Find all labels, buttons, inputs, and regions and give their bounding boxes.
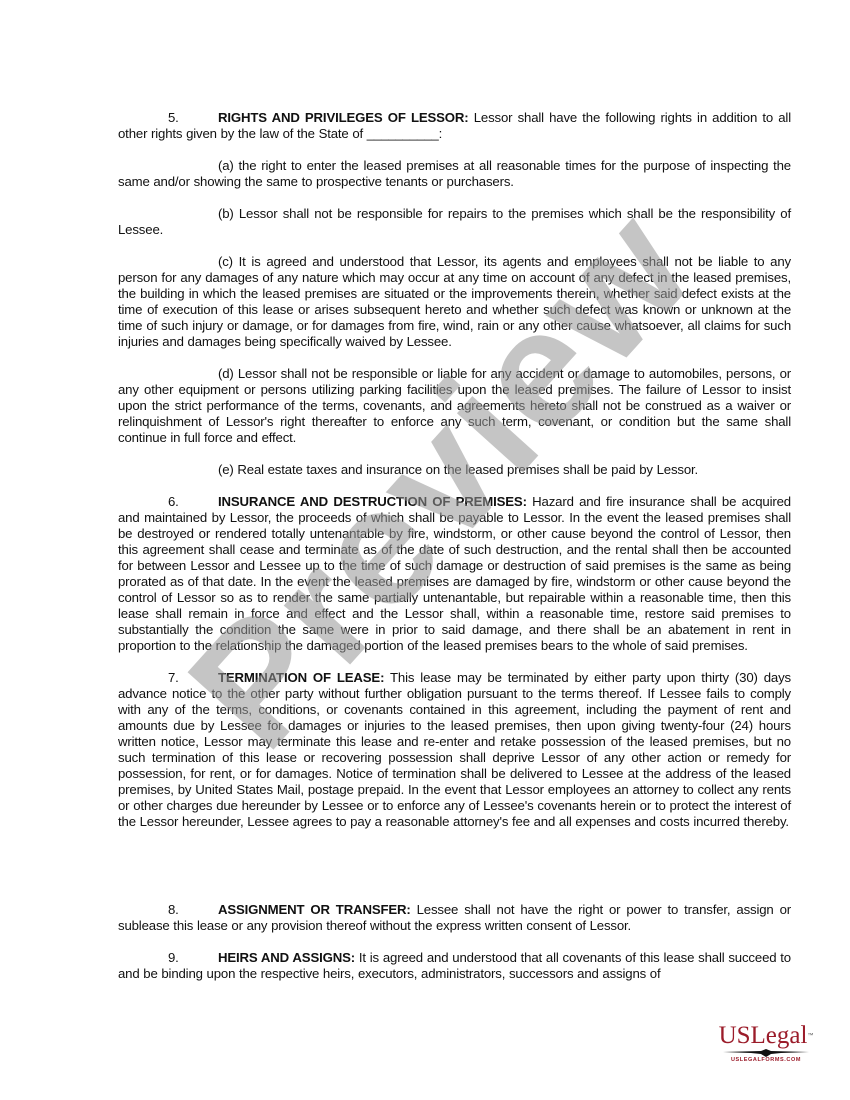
section-6: 6.INSURANCE AND DESTRUCTION OF PREMISES:… — [118, 494, 791, 654]
trademark-symbol: ™ — [807, 1033, 813, 1039]
subparagraph-b: (b) Lessor shall not be responsible for … — [118, 206, 791, 238]
section-heading: HEIRS AND ASSIGNS: — [218, 950, 355, 965]
section-8: 8.ASSIGNMENT OR TRANSFER: Lessee shall n… — [118, 902, 791, 934]
section-number: 6. — [168, 494, 218, 510]
eagle-wings-icon — [721, 1049, 811, 1057]
section-heading: TERMINATION OF LEASE: — [218, 670, 384, 685]
logo-brand-text: USLegal — [719, 1022, 808, 1049]
section-heading: RIGHTS AND PRIVILEGES OF LESSOR: — [218, 110, 469, 125]
uslegal-logo: USLegal™ USLEGALFORMS.COM — [706, 1024, 826, 1068]
section-number: 5. — [168, 110, 218, 126]
section-7: 7.TERMINATION OF LEASE: This lease may b… — [118, 670, 791, 830]
section-text: Hazard and fire insurance shall be acqui… — [118, 494, 791, 653]
logo-url: USLEGALFORMS.COM — [706, 1057, 826, 1064]
section-text: This lease may be terminated by either p… — [118, 670, 791, 829]
subparagraph-a: (a) the right to enter the leased premis… — [118, 158, 791, 190]
section-number: 9. — [168, 950, 218, 966]
vertical-spacer — [118, 846, 791, 902]
logo-brand: USLegal™ — [706, 1024, 826, 1048]
document-body: 5.RIGHTS AND PRIVILEGES OF LESSOR: Lesso… — [118, 110, 791, 998]
section-9: 9.HEIRS AND ASSIGNS: It is agreed and un… — [118, 950, 791, 982]
section-heading: ASSIGNMENT OR TRANSFER: — [218, 902, 411, 917]
section-number: 7. — [168, 670, 218, 686]
section-heading: INSURANCE AND DESTRUCTION OF PREMISES: — [218, 494, 527, 509]
subparagraph-d: (d) Lessor shall not be responsible or l… — [118, 366, 791, 446]
document-page: 5.RIGHTS AND PRIVILEGES OF LESSOR: Lesso… — [0, 0, 850, 1100]
subparagraph-e: (e) Real estate taxes and insurance on t… — [118, 462, 791, 478]
section-5: 5.RIGHTS AND PRIVILEGES OF LESSOR: Lesso… — [118, 110, 791, 142]
section-number: 8. — [168, 902, 218, 918]
subparagraph-c: (c) It is agreed and understood that Les… — [118, 254, 791, 350]
